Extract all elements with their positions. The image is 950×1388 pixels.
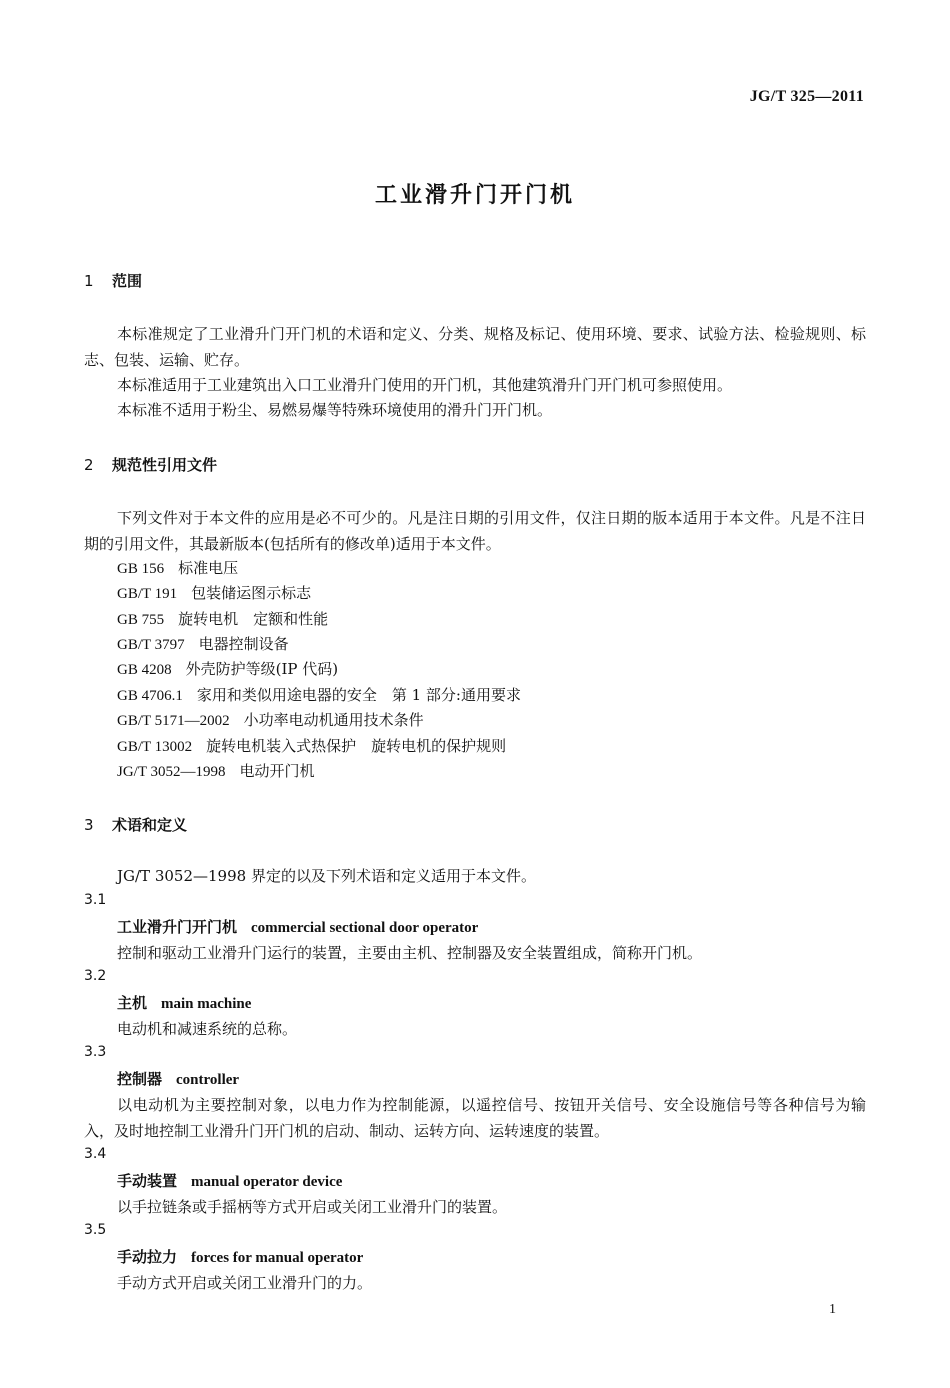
reference-item: GB 156标准电压 — [117, 557, 238, 578]
term-definition: 以手拉链条或手摇柄等方式开启或关闭工业滑升门的装置。 — [117, 1195, 507, 1220]
section-1-heading: 1范围 — [84, 270, 142, 291]
reference-title: 家用和类似用途电器的安全 第 1 部分:通用要求 — [197, 686, 521, 704]
reference-code: GB 156 — [117, 561, 164, 578]
reference-code: GB/T 3797 — [117, 637, 185, 654]
term-zh: 控制器 — [117, 1070, 162, 1088]
reference-code: GB/T 5171—2002 — [117, 713, 230, 730]
term-heading: 手动装置manual operator device — [117, 1170, 342, 1191]
term-definition: 控制和驱动工业滑升门运行的装置，主要由主机、控制器及安全装置组成，简称开门机。 — [117, 941, 702, 966]
reference-item: GB/T 3797电器控制设备 — [117, 633, 289, 654]
reference-item: GB 755旋转电机 定额和性能 — [117, 608, 328, 629]
term-definition: 电动机和减速系统的总称。 — [117, 1017, 297, 1042]
paragraph: 本标准适用于工业建筑出入口工业滑升门使用的开门机，其他建筑滑升门开门机可参照使用… — [84, 373, 866, 399]
term-definition: 以电动机为主要控制对象，以电力作为控制能源，以遥控信号、按钮开关信号、安全设施信… — [84, 1093, 866, 1144]
reference-title: 旋转电机装入式热保护 旋转电机的保护规则 — [206, 737, 506, 755]
reference-item: GB 4706.1家用和类似用途电器的安全 第 1 部分:通用要求 — [117, 684, 521, 705]
reference-code: GB 4208 — [117, 662, 172, 679]
reference-code: GB 755 — [117, 612, 164, 629]
term-en: forces for manual operator — [191, 1250, 363, 1266]
term-heading: 控制器controller — [117, 1068, 239, 1089]
section-3-heading: 3术语和定义 — [84, 814, 187, 835]
standard-code: JG/T 325—2011 — [750, 88, 864, 106]
term-heading: 主机main machine — [117, 992, 251, 1013]
reference-item: GB/T 13002旋转电机装入式热保护 旋转电机的保护规则 — [117, 735, 506, 756]
term-heading: 手动拉力forces for manual operator — [117, 1246, 363, 1267]
paragraph: 下列文件对于本文件的应用是必不可少的。凡是注日期的引用文件，仅注日期的版本适用于… — [84, 506, 866, 557]
reference-title: 标准电压 — [178, 559, 238, 577]
clause-number: 3.2 — [84, 968, 106, 984]
term-zh: 手动拉力 — [117, 1248, 177, 1266]
paragraph: 本标准规定了工业滑升门开门机的术语和定义、分类、规格及标记、使用环境、要求、试验… — [84, 322, 866, 373]
reference-title: 包装储运图示标志 — [191, 584, 311, 602]
clause-number: 3.1 — [84, 892, 106, 908]
term-en: manual operator device — [191, 1174, 342, 1190]
term-zh: 工业滑升门开门机 — [117, 918, 237, 936]
section-number: 3 — [84, 816, 112, 834]
section-number: 1 — [84, 272, 112, 290]
clause-number: 3.5 — [84, 1222, 106, 1238]
term-en: main machine — [161, 996, 251, 1012]
reference-code: GB/T 191 — [117, 586, 177, 603]
section-title: 规范性引用文件 — [112, 456, 217, 474]
paragraph: JG/T 3052—1998 界定的以及下列术语和定义适用于本文件。 — [117, 864, 536, 889]
term-en: commercial sectional door operator — [251, 920, 478, 936]
section-2-heading: 2规范性引用文件 — [84, 454, 217, 475]
page-number: 1 — [829, 1302, 836, 1318]
reference-code: GB 4706.1 — [117, 688, 183, 705]
reference-item: GB/T 5171—2002小功率电动机通用技术条件 — [117, 709, 424, 730]
reference-title: 电器控制设备 — [199, 635, 289, 653]
clause-number: 3.4 — [84, 1146, 106, 1162]
term-definition: 手动方式开启或关闭工业滑升门的力。 — [117, 1271, 372, 1296]
clause-number: 3.3 — [84, 1044, 106, 1060]
reference-title: 旋转电机 定额和性能 — [178, 610, 328, 628]
reference-title: 电动开门机 — [239, 762, 314, 780]
term-en: controller — [176, 1072, 239, 1088]
reference-code: JG/T 3052—1998 — [117, 764, 225, 781]
reference-item: JG/T 3052—1998电动开门机 — [117, 760, 315, 781]
paragraph: 本标准不适用于粉尘、易燃易爆等特殊环境使用的滑升门开门机。 — [84, 398, 866, 424]
term-zh: 主机 — [117, 994, 147, 1012]
reference-item: GB 4208外壳防护等级(IP 代码) — [117, 658, 338, 679]
document-title: 工业滑升门开门机 — [0, 178, 950, 209]
section-number: 2 — [84, 456, 112, 474]
reference-code: GB/T 13002 — [117, 739, 192, 756]
term-zh: 手动装置 — [117, 1172, 177, 1190]
term-heading: 工业滑升门开门机commercial sectional door operat… — [117, 916, 478, 937]
reference-title: 外壳防护等级(IP 代码) — [186, 660, 339, 678]
section-title: 术语和定义 — [112, 816, 187, 834]
reference-item: GB/T 191包装储运图示标志 — [117, 582, 311, 603]
section-title: 范围 — [112, 272, 142, 290]
reference-title: 小功率电动机通用技术条件 — [244, 711, 424, 729]
